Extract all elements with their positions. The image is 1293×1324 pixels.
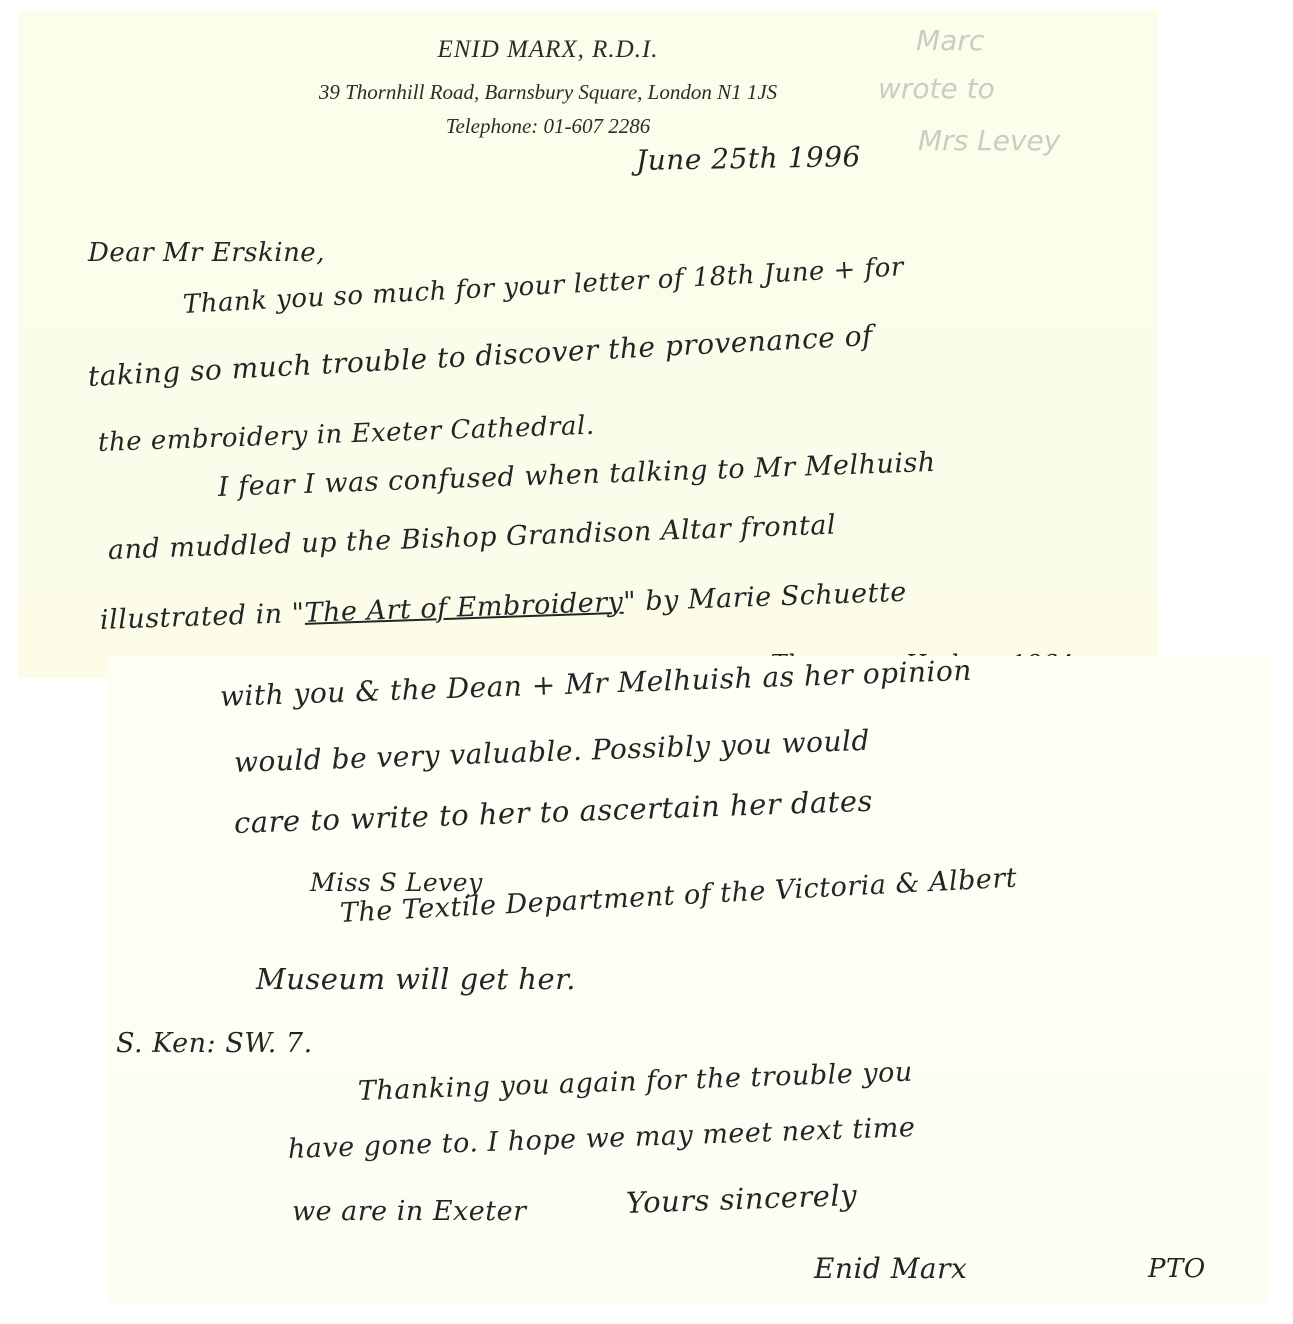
book-title: The Art of Embroidery [304, 587, 624, 629]
letter-page-top: ENID MARX, R.D.I. 39 Thornhill Road, Bar… [18, 10, 1158, 678]
body-line-9: would be very valuable. Possibly you wou… [233, 724, 870, 779]
body-line-3: the embroidery in Exeter Cathedral. [97, 411, 595, 458]
body-line-4: I fear I was confused when talking to Mr… [217, 447, 936, 503]
body-line-13: Thanking you again for the trouble you [357, 1057, 913, 1107]
body-line-6: illustrated in "The Art of Embroidery" b… [99, 577, 907, 636]
pto-note: PTO [1148, 1254, 1206, 1284]
closing: Yours sincerely [625, 1178, 857, 1220]
signature: Enid Marx [814, 1252, 967, 1285]
salutation: Dear Mr Erskine, [88, 238, 325, 268]
postal-district: S. Ken: SW. 7. [116, 1028, 313, 1059]
pencil-note-line-1: Marc [916, 24, 984, 57]
body-line-15: we are in Exeter [292, 1196, 527, 1227]
body-line-14: have gone to. I hope we may meet next ti… [287, 1112, 915, 1165]
book-author: " by Marie Schuette [623, 577, 907, 618]
body-line-12: Museum will get her. [256, 962, 576, 996]
pencil-note-line-3: Mrs Levey [918, 124, 1060, 157]
body-line-10: care to write to her to ascertain her da… [233, 784, 873, 840]
letter-date: June 25th 1996 [636, 140, 861, 177]
body-line-8: with you & the Dean + Mr Melhuish as her… [219, 654, 972, 713]
body-line-2: taking so much trouble to discover the p… [87, 319, 873, 393]
body-line-5: and muddled up the Bishop Grandison Alta… [107, 510, 836, 566]
letter-page-bottom: with you & the Dean + Mr Melhuish as her… [108, 656, 1270, 1304]
pencil-note-line-2: wrote to [878, 72, 995, 105]
illustrated-in-text: illustrated in " [99, 598, 305, 636]
